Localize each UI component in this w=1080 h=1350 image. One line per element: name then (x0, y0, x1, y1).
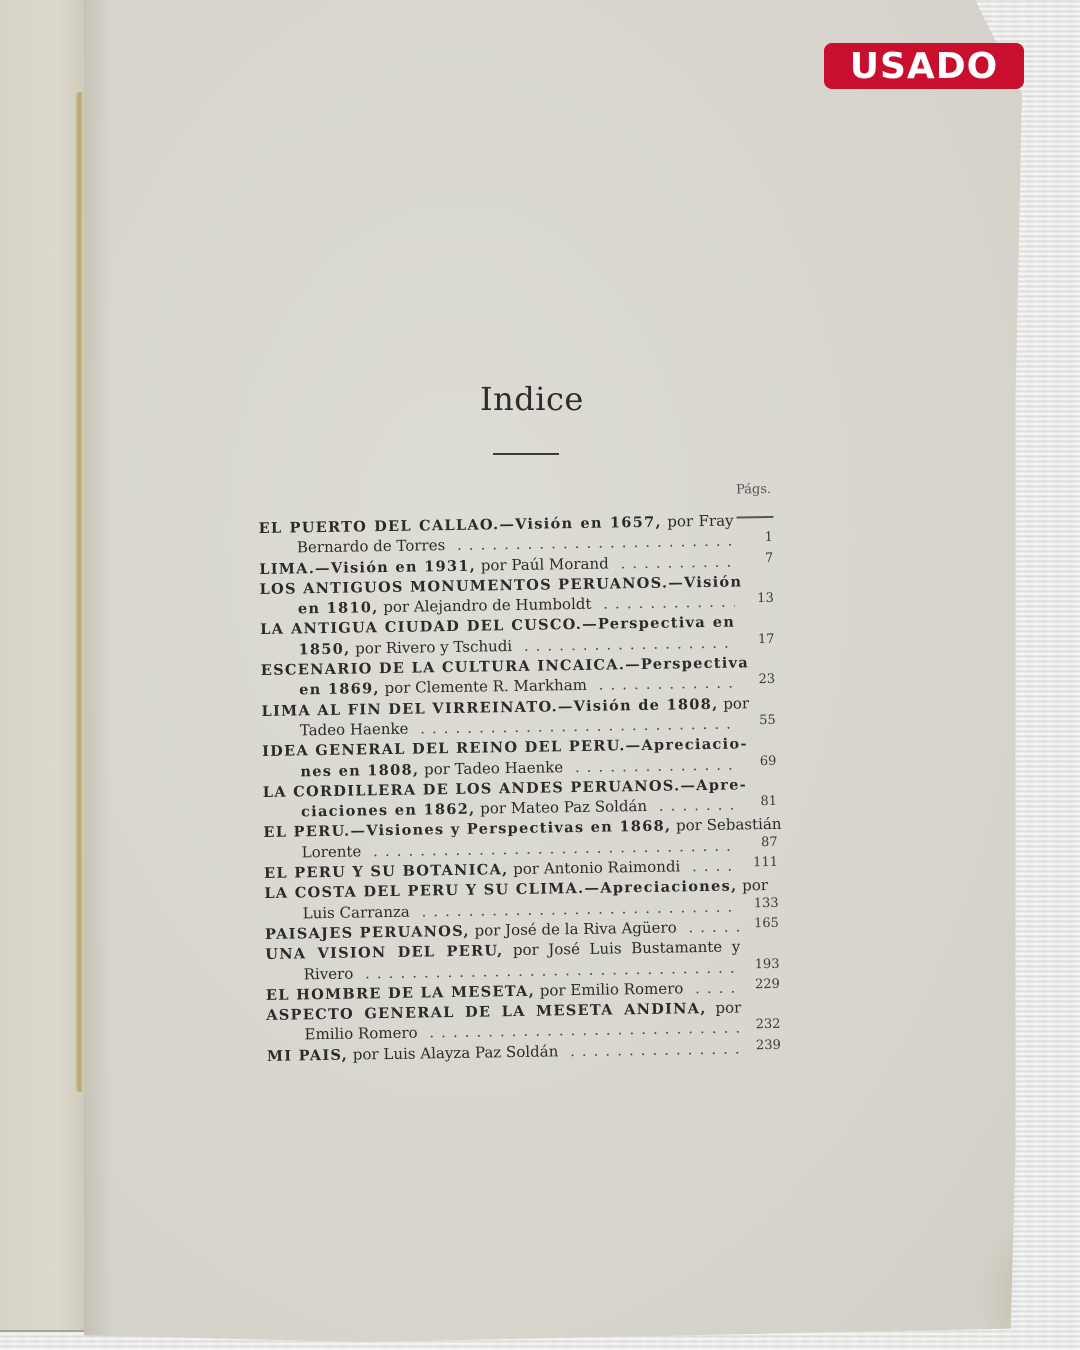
entry-heading: LIMA.—Visión en 1931, (259, 557, 476, 577)
entry-page-number: 229 (740, 977, 780, 993)
entry-page-number: 133 (738, 896, 778, 912)
entry-heading: en 1869, (299, 680, 380, 698)
entry-page-number: 7 (733, 551, 773, 567)
entry-author: Luis Carranza (303, 902, 410, 922)
dot-leader: ........................................ (558, 1038, 742, 1060)
left-page-edge (0, 0, 84, 1332)
entry-author: por José Luis Bustamante y (503, 938, 740, 960)
dot-leader: ........................................ (512, 632, 736, 655)
entry-page-number: 232 (740, 1017, 780, 1033)
toc-entries: EL PUERTO DEL CALLAO.—Visión en 1657, po… (258, 510, 787, 1066)
corner-stain (964, 1190, 1080, 1340)
entry-page-number: 193 (739, 956, 779, 972)
dot-leader: ........................................ (591, 592, 735, 613)
entry-page-number: 55 (736, 713, 776, 729)
entry-page-number: 87 (738, 835, 778, 851)
entry-author: Bernardo de Torres (297, 536, 446, 556)
dot-leader: ........................................ (563, 754, 738, 776)
dot-leader: ........................................ (609, 551, 735, 572)
entry-heading: MI PAIS, (267, 1046, 348, 1064)
entry-author: Emilio Romero (304, 1024, 417, 1044)
entry-page-number: 69 (736, 753, 776, 769)
entry-author: Tadeo Haenke (300, 720, 409, 740)
entry-author: por Tadeo Haenke (419, 758, 563, 778)
entry-page-number: 13 (734, 591, 774, 607)
page-title: Indice (480, 380, 584, 418)
entry-heading: nes en 1808, (300, 761, 419, 780)
entry-author: por Fray (662, 512, 734, 531)
entry-author: por Rivero y Tschudi (350, 637, 512, 658)
entry-page-number: 81 (737, 794, 777, 810)
entry-heading: PAISAJES PERUANOS, (265, 923, 470, 943)
entry-heading: ciaciones en 1862, (301, 801, 476, 821)
entry-author: por Alejandro de Humboldt (378, 595, 591, 616)
entry-author: Lorente (302, 842, 362, 861)
entry-author: por (706, 999, 741, 1018)
dot-leader: ........................................ (677, 916, 741, 936)
entry-author: por (718, 694, 749, 712)
dot-leader: ........................................ (647, 795, 738, 815)
entry-author: por Antonio Raimondi (508, 857, 680, 878)
entry-heading: en 1810, (298, 599, 379, 617)
entry-author: Rivero (303, 964, 353, 983)
entry-page-number: 111 (738, 855, 778, 871)
entry-page-number: 23 (735, 672, 775, 688)
dot-leader: ........................................ (680, 856, 739, 876)
entry-author: por José de la Riva Agüero (470, 918, 677, 939)
title-divider (493, 453, 559, 455)
entry-author: por Clemente R. Markham (380, 676, 587, 697)
entry-heading: UNA VISION DEL PERU, (265, 942, 503, 963)
entry-author: por Sebastián (671, 815, 781, 835)
dot-leader: ........................................ (683, 977, 741, 997)
page-column-label: Págs. (736, 482, 771, 498)
dot-leader: ........................................ (587, 673, 737, 694)
entry-author: por Luis Alayza Paz Soldán (348, 1042, 558, 1063)
entry-page-number: 17 (734, 632, 774, 648)
entry-page-number: 1 (733, 530, 773, 546)
entry-author: por Paúl Morand (476, 554, 609, 574)
entry-page-number: 239 (741, 1038, 781, 1054)
entry-author: por (737, 876, 768, 894)
entry-heading: EL PERU Y SU BOTANICA, (264, 861, 509, 882)
entry-heading: 1850, (298, 640, 350, 658)
entry-author: por Emilio Romero (535, 979, 684, 999)
condition-badge: USADO (824, 43, 1024, 89)
entry-page-number: 165 (739, 916, 779, 932)
entry-author: por Mateo Paz Soldán (475, 797, 647, 818)
